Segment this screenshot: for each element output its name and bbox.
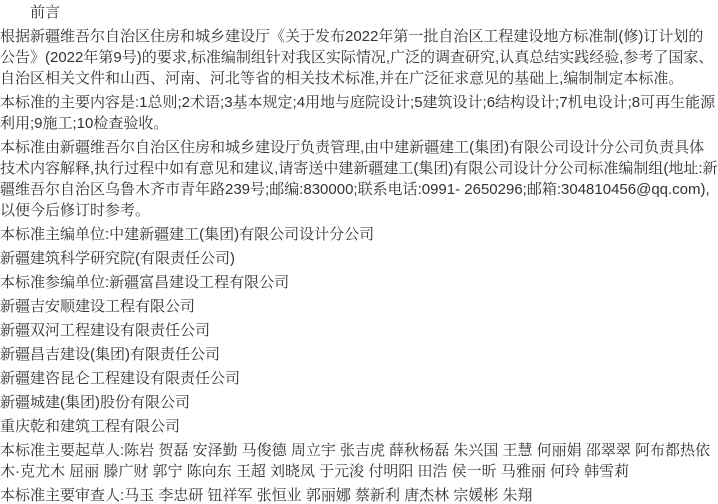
- paragraph: 新疆昌吉建设(集团)有限责任公司: [0, 344, 718, 365]
- paragraph: 新疆建筑科学研究院(有限责任公司): [0, 248, 718, 269]
- document-paragraphs: 根据新疆维吾尔自治区住房和城乡建设厅《关于发布2022年第一批自治区工程建设地方…: [0, 26, 718, 504]
- paragraph: 新疆城建(集团)股份有限公司: [0, 392, 718, 413]
- paragraph: 新疆吉安顺建设工程有限公司: [0, 296, 718, 317]
- paragraph: 重庆乾和建筑工程有限公司: [0, 416, 718, 437]
- paragraph: 本标准主要审查人:马玉 李忠研 钮祥军 张恒业 郭丽娜 蔡新利 唐杰林 宗媛彬 …: [0, 485, 718, 504]
- paragraph: 新疆建咨昆仑工程建设有限责任公司: [0, 368, 718, 389]
- paragraph: 根据新疆维吾尔自治区住房和城乡建设厅《关于发布2022年第一批自治区工程建设地方…: [0, 26, 718, 89]
- paragraph: 本标准的主要内容是:1总则;2术语;3基本规定;4用地与庭院设计;5建筑设计;6…: [0, 92, 718, 134]
- paragraph: 新疆双河工程建设有限责任公司: [0, 320, 718, 341]
- paragraph: 本标准由新疆维吾尔自治区住房和城乡建设厅负责管理,由中建新疆建工(集团)有限公司…: [0, 137, 718, 221]
- paragraph: 本标准主要起草人:陈岩 贺磊 安泽勤 马俊德 周立宇 张吉虎 薛秋杨磊 朱兴国 …: [0, 440, 718, 482]
- document-title: 前言: [0, 0, 718, 23]
- paragraph: 本标准参编单位:新疆富昌建设工程有限公司: [0, 272, 718, 293]
- document-page: 前言 根据新疆维吾尔自治区住房和城乡建设厅《关于发布2022年第一批自治区工程建…: [0, 0, 718, 504]
- paragraph: 本标准主编单位:中建新疆建工(集团)有限公司设计分公司: [0, 224, 718, 245]
